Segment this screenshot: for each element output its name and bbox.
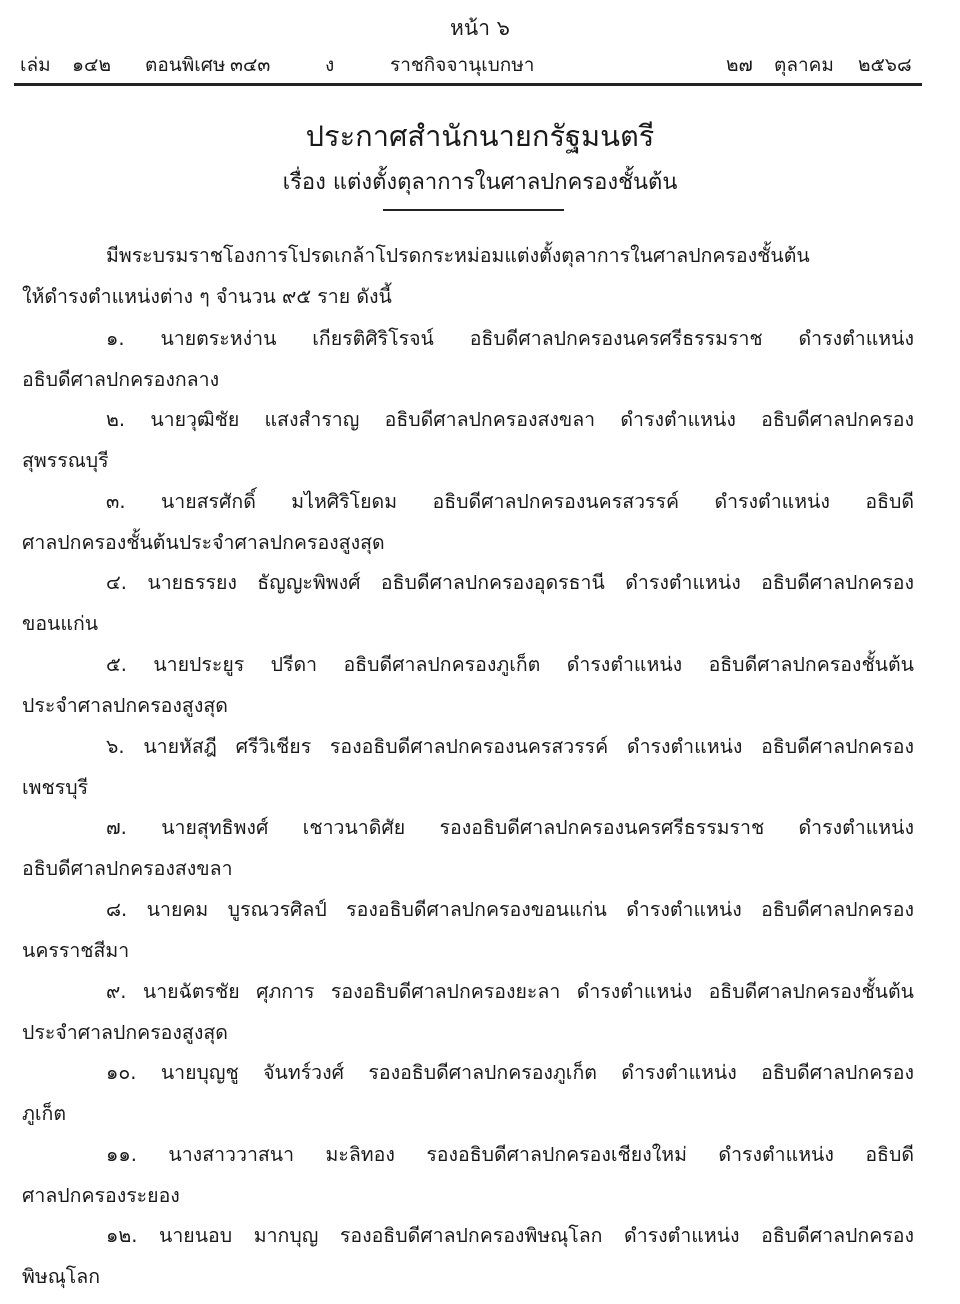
intro-line-1: มีพระบรมราชโองการโปรดเกล้าโปรดกระหม่อมแต… bbox=[106, 241, 914, 271]
appointment-number: ๗. bbox=[106, 816, 127, 839]
appointment-entry-line-2: พิษณุโลก bbox=[22, 1262, 914, 1292]
appointment-entry-line-1: ๑๑. นางสาววาสนา มะลิทอง รองอธิบดีศาลปกคร… bbox=[106, 1140, 914, 1170]
gazette-header: เล่ม ๑๔๒ ตอนพิเศษ ๓๔๓ ง ราชกิจจานุเบกษา … bbox=[20, 50, 925, 80]
appointment-text: นายฉัตรชัย ศุภการ รองอธิบดีศาลปกครองยะลา… bbox=[143, 980, 914, 1003]
appointment-entry-line-2: ศาลปกครองระยอง bbox=[22, 1181, 914, 1211]
appointment-entry-line-1: ๔. นายธรรยง ธัญญะพิพงศ์ อธิบดีศาลปกครองอ… bbox=[106, 568, 914, 598]
publication-name: ราชกิจจานุเบกษา bbox=[390, 50, 534, 80]
date-month: ตุลาคม bbox=[774, 50, 834, 80]
date-day: ๒๗ bbox=[726, 50, 753, 80]
appointment-entry-line-1: ๑๒. นายนอบ มากบุญ รองอธิบดีศาลปกครองพิษณ… bbox=[106, 1221, 914, 1251]
appointment-entry-line-1: ๖. นายหัสฎี ศรีวิเชียร รองอธิบดีศาลปกครอ… bbox=[106, 732, 914, 762]
appointment-entry-line-2: เพชรบุรี bbox=[22, 773, 914, 803]
appointment-number: ๖. bbox=[106, 735, 125, 758]
appointment-number: ๕. bbox=[106, 653, 127, 676]
appointment-number: ๑. bbox=[106, 327, 125, 350]
appointment-text: นายสุทธิพงศ์ เชาวนาดิศัย รองอธิบดีศาลปกค… bbox=[161, 816, 914, 839]
page-number: หน้า ๖ bbox=[0, 12, 960, 45]
section-number: ๓๔๓ bbox=[230, 50, 270, 80]
appointment-entry-line-1: ๗. นายสุทธิพงศ์ เชาวนาดิศัย รองอธิบดีศาล… bbox=[106, 813, 914, 843]
title-divider bbox=[383, 209, 564, 211]
appointment-number: ๔. bbox=[106, 571, 127, 594]
appointment-entry-line-1: ๑๐. นายบุญชู จันทร์วงศ์ รองอธิบดีศาลปกคร… bbox=[106, 1058, 914, 1088]
volume-number: ๑๔๒ bbox=[72, 50, 111, 80]
appointment-number: ๑๒. bbox=[106, 1224, 137, 1247]
appointment-entry-line-2: ภูเก็ต bbox=[22, 1099, 914, 1129]
appointment-entry-line-2: อธิบดีศาลปกครองสงขลา bbox=[22, 854, 914, 884]
appointment-text: นายวุฒิชัย แสงสำราญ อธิบดีศาลปกครองสงขลา… bbox=[150, 408, 914, 431]
header-divider bbox=[14, 83, 922, 86]
appointment-text: นายบุญชู จันทร์วงศ์ รองอธิบดีศาลปกครองภู… bbox=[161, 1061, 914, 1084]
appointment-text: นายสรศักดิ์ มไหศิริโยดม อธิบดีศาลปกครองน… bbox=[161, 490, 914, 513]
appointment-number: ๒. bbox=[106, 408, 125, 431]
appointment-entry-line-2: ประจำศาลปกครองสูงสุด bbox=[22, 1018, 914, 1048]
appointment-entry-line-1: ๕. นายประยูร ปรีดา อธิบดีศาลปกครองภูเก็ต… bbox=[106, 650, 914, 680]
appointment-entry-line-2: สุพรรณบุรี bbox=[22, 446, 914, 476]
appointment-number: ๑๐. bbox=[106, 1061, 136, 1084]
appointment-text: นางสาววาสนา มะลิทอง รองอธิบดีศาลปกครองเช… bbox=[168, 1143, 914, 1166]
appointment-entry-line-1: ๙. นายฉัตรชัย ศุภการ รองอธิบดีศาลปกครองย… bbox=[106, 977, 914, 1007]
appointment-text: นายหัสฎี ศรีวิเชียร รองอธิบดีศาลปกครองนค… bbox=[143, 735, 914, 758]
appointment-entry-line-2: ประจำศาลปกครองสูงสุด bbox=[22, 691, 914, 721]
appointment-number: ๑๑. bbox=[106, 1143, 137, 1166]
appointment-entry-line-1: ๑. นายตระหง่าน เกียรติศิริโรจน์ อธิบดีศา… bbox=[106, 324, 914, 354]
appointment-entry-line-2: ศาลปกครองชั้นต้นประจำศาลปกครองสูงสุด bbox=[22, 528, 914, 558]
appointment-entry-line-2: นครราชสีมา bbox=[22, 936, 914, 966]
appointment-number: ๙. bbox=[106, 980, 126, 1003]
document-subject: เรื่อง แต่งตั้งตุลาการในศาลปกครองชั้นต้น bbox=[0, 164, 960, 199]
appointment-text: นายนอบ มากบุญ รองอธิบดีศาลปกครองพิษณุโลก… bbox=[159, 1224, 914, 1247]
appointment-text: นายประยูร ปรีดา อธิบดีศาลปกครองภูเก็ต ดำ… bbox=[153, 653, 914, 676]
appointment-number: ๘. bbox=[106, 898, 127, 921]
appointment-entry-line-2: อธิบดีศาลปกครองกลาง bbox=[22, 365, 914, 395]
volume-label: เล่ม bbox=[20, 50, 51, 80]
appointment-number: ๓. bbox=[106, 490, 126, 513]
appointment-entry-line-1: ๒. นายวุฒิชัย แสงสำราญ อธิบดีศาลปกครองสง… bbox=[106, 405, 914, 435]
section-label: ตอนพิเศษ bbox=[145, 50, 225, 80]
appointment-text: นายคม บูรณวรศิลป์ รองอธิบดีศาลปกครองขอนแ… bbox=[147, 898, 914, 921]
intro-line-2: ให้ดำรงตำแหน่งต่าง ๆ จำนวน ๙๕ ราย ดังนี้ bbox=[22, 282, 914, 312]
date-year: ๒๕๖๘ bbox=[858, 50, 912, 80]
section-letter: ง bbox=[325, 50, 334, 80]
appointment-text: นายตระหง่าน เกียรติศิริโรจน์ อธิบดีศาลปก… bbox=[160, 327, 914, 350]
appointment-entry-line-1: ๓. นายสรศักดิ์ มไหศิริโยดม อธิบดีศาลปกคร… bbox=[106, 487, 914, 517]
appointment-entry-line-2: ขอนแก่น bbox=[22, 609, 914, 639]
appointment-entry-line-1: ๘. นายคม บูรณวรศิลป์ รองอธิบดีศาลปกครองข… bbox=[106, 895, 914, 925]
document-title: ประกาศสำนักนายกรัฐมนตรี bbox=[0, 113, 960, 159]
appointment-text: นายธรรยง ธัญญะพิพงศ์ อธิบดีศาลปกครองอุดร… bbox=[147, 571, 914, 594]
